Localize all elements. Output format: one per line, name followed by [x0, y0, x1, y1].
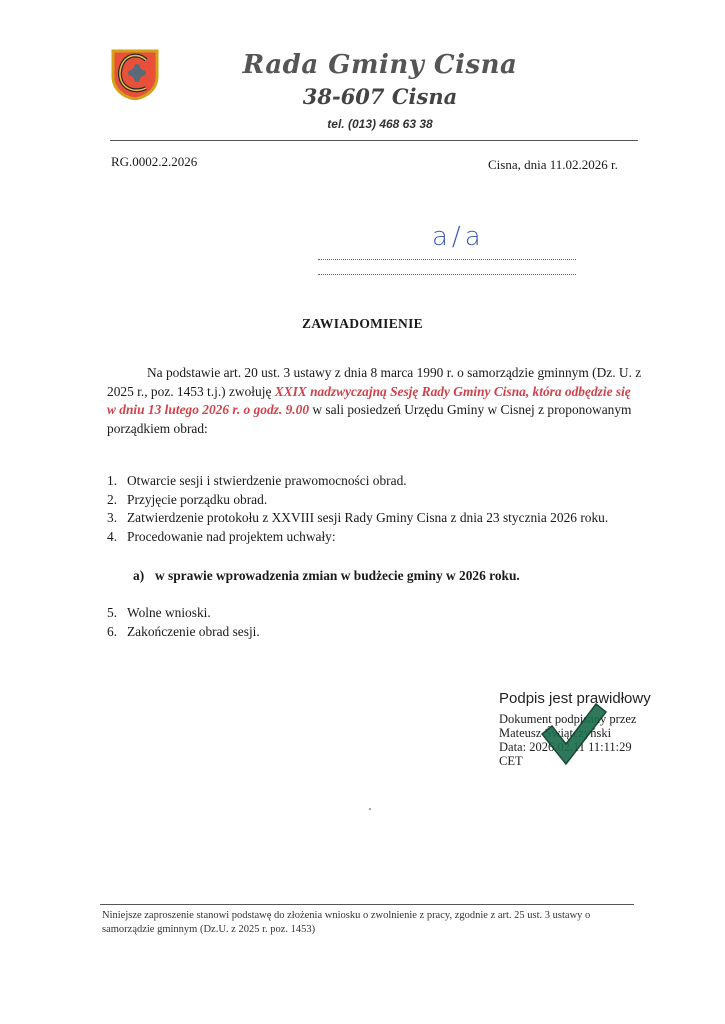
checkmark-icon: [538, 700, 608, 768]
council-phone: tel. (013) 468 63 38: [200, 117, 560, 131]
document-heading: ZAWIADOMIENIE: [0, 316, 725, 332]
agenda-number: 5.: [107, 604, 127, 623]
footer-divider: [100, 904, 634, 905]
header-divider: [110, 140, 638, 141]
council-name: Rada Gminy Cisna: [200, 50, 560, 80]
agenda-list-continued: 5.Wolne wnioski. 6.Zakończenie obrad ses…: [107, 604, 647, 641]
agenda-list: 1.Otwarcie sesji i stwierdzenie prawomoc…: [107, 472, 647, 546]
sub-item-label: a): [133, 568, 155, 584]
scan-artifact: [369, 808, 371, 810]
agenda-text: Przyjęcie porządku obrad.: [127, 491, 267, 510]
agenda-text: Zatwierdzenie protokołu z XXVIII sesji R…: [127, 509, 608, 528]
agenda-number: 1.: [107, 472, 127, 491]
footer-note: Niniejsze zaproszenie stanowi podstawę d…: [102, 909, 642, 936]
handwritten-note: a/a: [432, 222, 485, 252]
agenda-text: Otwarcie sesji i stwierdzenie prawomocno…: [127, 472, 407, 491]
recipient-line-1: [318, 259, 576, 261]
agenda-number: 6.: [107, 623, 127, 642]
agenda-number: 2.: [107, 491, 127, 510]
reference-number: RG.0002.2.2026: [111, 154, 197, 170]
council-address: 38-607 Cisna: [200, 84, 560, 109]
agenda-sub-item: a)w sprawie wprowadzenia zmian w budżeci…: [133, 568, 520, 584]
sub-item-text: w sprawie wprowadzenia zmian w budżecie …: [155, 568, 520, 583]
agenda-number: 4.: [107, 528, 127, 547]
agenda-number: 3.: [107, 509, 127, 528]
recipient-line-2: [318, 274, 576, 276]
agenda-item: 4.Procedowanie nad projektem uchwały:: [107, 528, 647, 547]
agenda-item: 3.Zatwierdzenie protokołu z XXVIII sesji…: [107, 509, 647, 528]
agenda-text: Wolne wnioski.: [127, 604, 211, 623]
coat-of-arms-icon: [110, 48, 160, 100]
agenda-item: 5.Wolne wnioski.: [107, 604, 647, 623]
place-date: Cisna, dnia 11.02.2026 r.: [488, 157, 618, 173]
agenda-item: 2.Przyjęcie porządku obrad.: [107, 491, 647, 510]
agenda-text: Zakończenie obrad sesji.: [127, 623, 260, 642]
intro-paragraph: Na podstawie art. 20 ust. 3 ustawy z dni…: [107, 364, 642, 438]
agenda-item: 6.Zakończenie obrad sesji.: [107, 623, 647, 642]
agenda-text: Procedowanie nad projektem uchwały:: [127, 528, 336, 547]
agenda-item: 1.Otwarcie sesji i stwierdzenie prawomoc…: [107, 472, 647, 491]
